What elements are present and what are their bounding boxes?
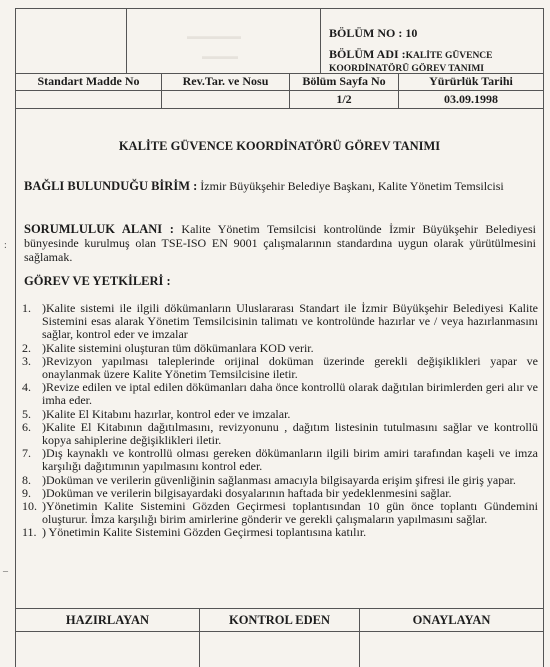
task-item: 1.)Kalite sistemi ile ilgili dökümanları… (22, 302, 538, 342)
meta-value-standard (16, 91, 162, 108)
section-name-label: BÖLÜM ADI : (329, 47, 406, 61)
signature-header-checked: KONTROL EDEN (200, 609, 360, 631)
task-number: 8. (22, 474, 42, 487)
meta-value-date: 03.09.1998 (399, 91, 543, 108)
meta-header-revision: Rev.Tar. ve Nosu (162, 73, 290, 90)
signature-cell-approved (360, 632, 543, 667)
task-item: 10.)Yönetimin Kalite Sistemini Gözden Ge… (22, 500, 538, 526)
task-number: 7. (22, 447, 42, 473)
task-item: 4.)Revize edilen ve iptal edilen döküman… (22, 381, 538, 407)
section-number: BÖLÜM NO : 10 (329, 26, 417, 41)
task-text: )Dış kaynaklı ve kontrollü olması gereke… (42, 447, 538, 473)
meta-header-row: Standart Madde No Rev.Tar. ve Nosu Bölüm… (16, 73, 543, 91)
task-item: 5.)Kalite El Kitabını hazırlar, kontrol … (22, 408, 538, 421)
task-item: 2.)Kalite sistemini oluşturan tüm döküma… (22, 342, 538, 355)
task-text: )Revize edilen ve iptal edilen dökümanla… (42, 381, 538, 407)
meta-value-page: 1/2 (290, 91, 399, 108)
task-text: )Kalite sistemini oluşturan tüm dökümanl… (42, 342, 538, 355)
meta-header-date: Yürürlük Tarihi (399, 73, 543, 90)
task-text: )Yönetimin Kalite Sistemini Gözden Geçir… (42, 500, 538, 526)
task-number: 4. (22, 381, 42, 407)
task-number: 1. (22, 302, 42, 342)
document-title: KALİTE GÜVENCE KOORDİNATÖRÜ GÖREV TANIMI (16, 139, 543, 154)
scan-mark: : (4, 240, 7, 251)
signature-table: HAZIRLAYAN KONTROL EDEN ONAYLAYAN (16, 608, 543, 667)
task-text: )Revizyon yapılması taleplerinde orijina… (42, 355, 538, 381)
task-text: )Kalite El Kitabını hazırlar, kontrol ed… (42, 408, 538, 421)
sorumluluk-label: SORUMLULUK ALANI : (24, 222, 174, 236)
faded-text: ▬▬▬▬▬▬ (187, 31, 241, 41)
task-item: 3.)Revizyon yapılması taleplerinde oriji… (22, 355, 538, 381)
logo-cell (16, 9, 127, 73)
meta-header-standard: Standart Madde No (16, 73, 162, 90)
task-item: 11.) Yönetimin Kalite Sistemini Gözden G… (22, 526, 538, 539)
scan-mark: – (3, 566, 8, 577)
document-page: ▬▬▬▬▬▬ ▬▬▬▬ BÖLÜM NO : 10 BÖLÜM ADI :KAL… (15, 8, 544, 667)
signature-body-row (16, 632, 543, 667)
meta-value-revision (162, 91, 290, 108)
signature-cell-prepared (16, 632, 200, 667)
task-text: )Kalite El Kitabının dağıtılmasını, revi… (42, 421, 538, 447)
bagli-birim-label: BAĞLI BULUNDUĞU BİRİM : (24, 179, 197, 193)
bagli-birim-text: İzmir Büyükşehir Belediye Başkanı, Kalit… (197, 179, 503, 193)
header-block: ▬▬▬▬▬▬ ▬▬▬▬ BÖLÜM NO : 10 BÖLÜM ADI :KAL… (16, 9, 543, 74)
task-text: )Kalite sistemi ile ilgili dökümanların … (42, 302, 538, 342)
section-info-cell: BÖLÜM NO : 10 BÖLÜM ADI :KALİTE GÜVENCE … (321, 9, 543, 73)
organization-cell: ▬▬▬▬▬▬ ▬▬▬▬ (127, 9, 321, 73)
task-number: 10. (22, 500, 42, 526)
task-number: 3. (22, 355, 42, 381)
faded-text: ▬▬▬▬ (202, 51, 238, 61)
task-item: 7.)Dış kaynaklı ve kontrollü olması gere… (22, 447, 538, 473)
task-number: 11. (22, 526, 42, 539)
task-item: 6.)Kalite El Kitabının dağıtılmasını, re… (22, 421, 538, 447)
task-list: 1.)Kalite sistemi ile ilgili dökümanları… (22, 302, 538, 540)
meta-header-page: Bölüm Sayfa No (290, 73, 399, 90)
section-name-line1: KALİTE GÜVENCE (406, 51, 493, 61)
meta-value-row: 1/2 03.09.1998 (16, 91, 543, 109)
task-number: 5. (22, 408, 42, 421)
task-text: )Doküman ve verilerin güvenliğinin sağla… (42, 474, 538, 487)
signature-header-row: HAZIRLAYAN KONTROL EDEN ONAYLAYAN (16, 609, 543, 632)
signature-cell-checked (200, 632, 360, 667)
bagli-birim-paragraph: BAĞLI BULUNDUĞU BİRİM : İzmir Büyükşehir… (24, 179, 536, 193)
sorumluluk-paragraph: SORUMLULUK ALANI : Kalite Yönetim Temsil… (24, 222, 536, 264)
task-number: 2. (22, 342, 42, 355)
gorev-heading: GÖREV VE YETKİLERİ : (24, 274, 171, 289)
task-text: ) Yönetimin Kalite Sistemini Gözden Geçi… (42, 526, 538, 539)
task-number: 6. (22, 421, 42, 447)
signature-header-approved: ONAYLAYAN (360, 609, 543, 631)
signature-header-prepared: HAZIRLAYAN (16, 609, 200, 631)
section-name: BÖLÜM ADI :KALİTE GÜVENCE KOORDİNATÖRÜ G… (329, 49, 493, 75)
task-item: 8.)Doküman ve verilerin güvenliğinin sağ… (22, 474, 538, 487)
